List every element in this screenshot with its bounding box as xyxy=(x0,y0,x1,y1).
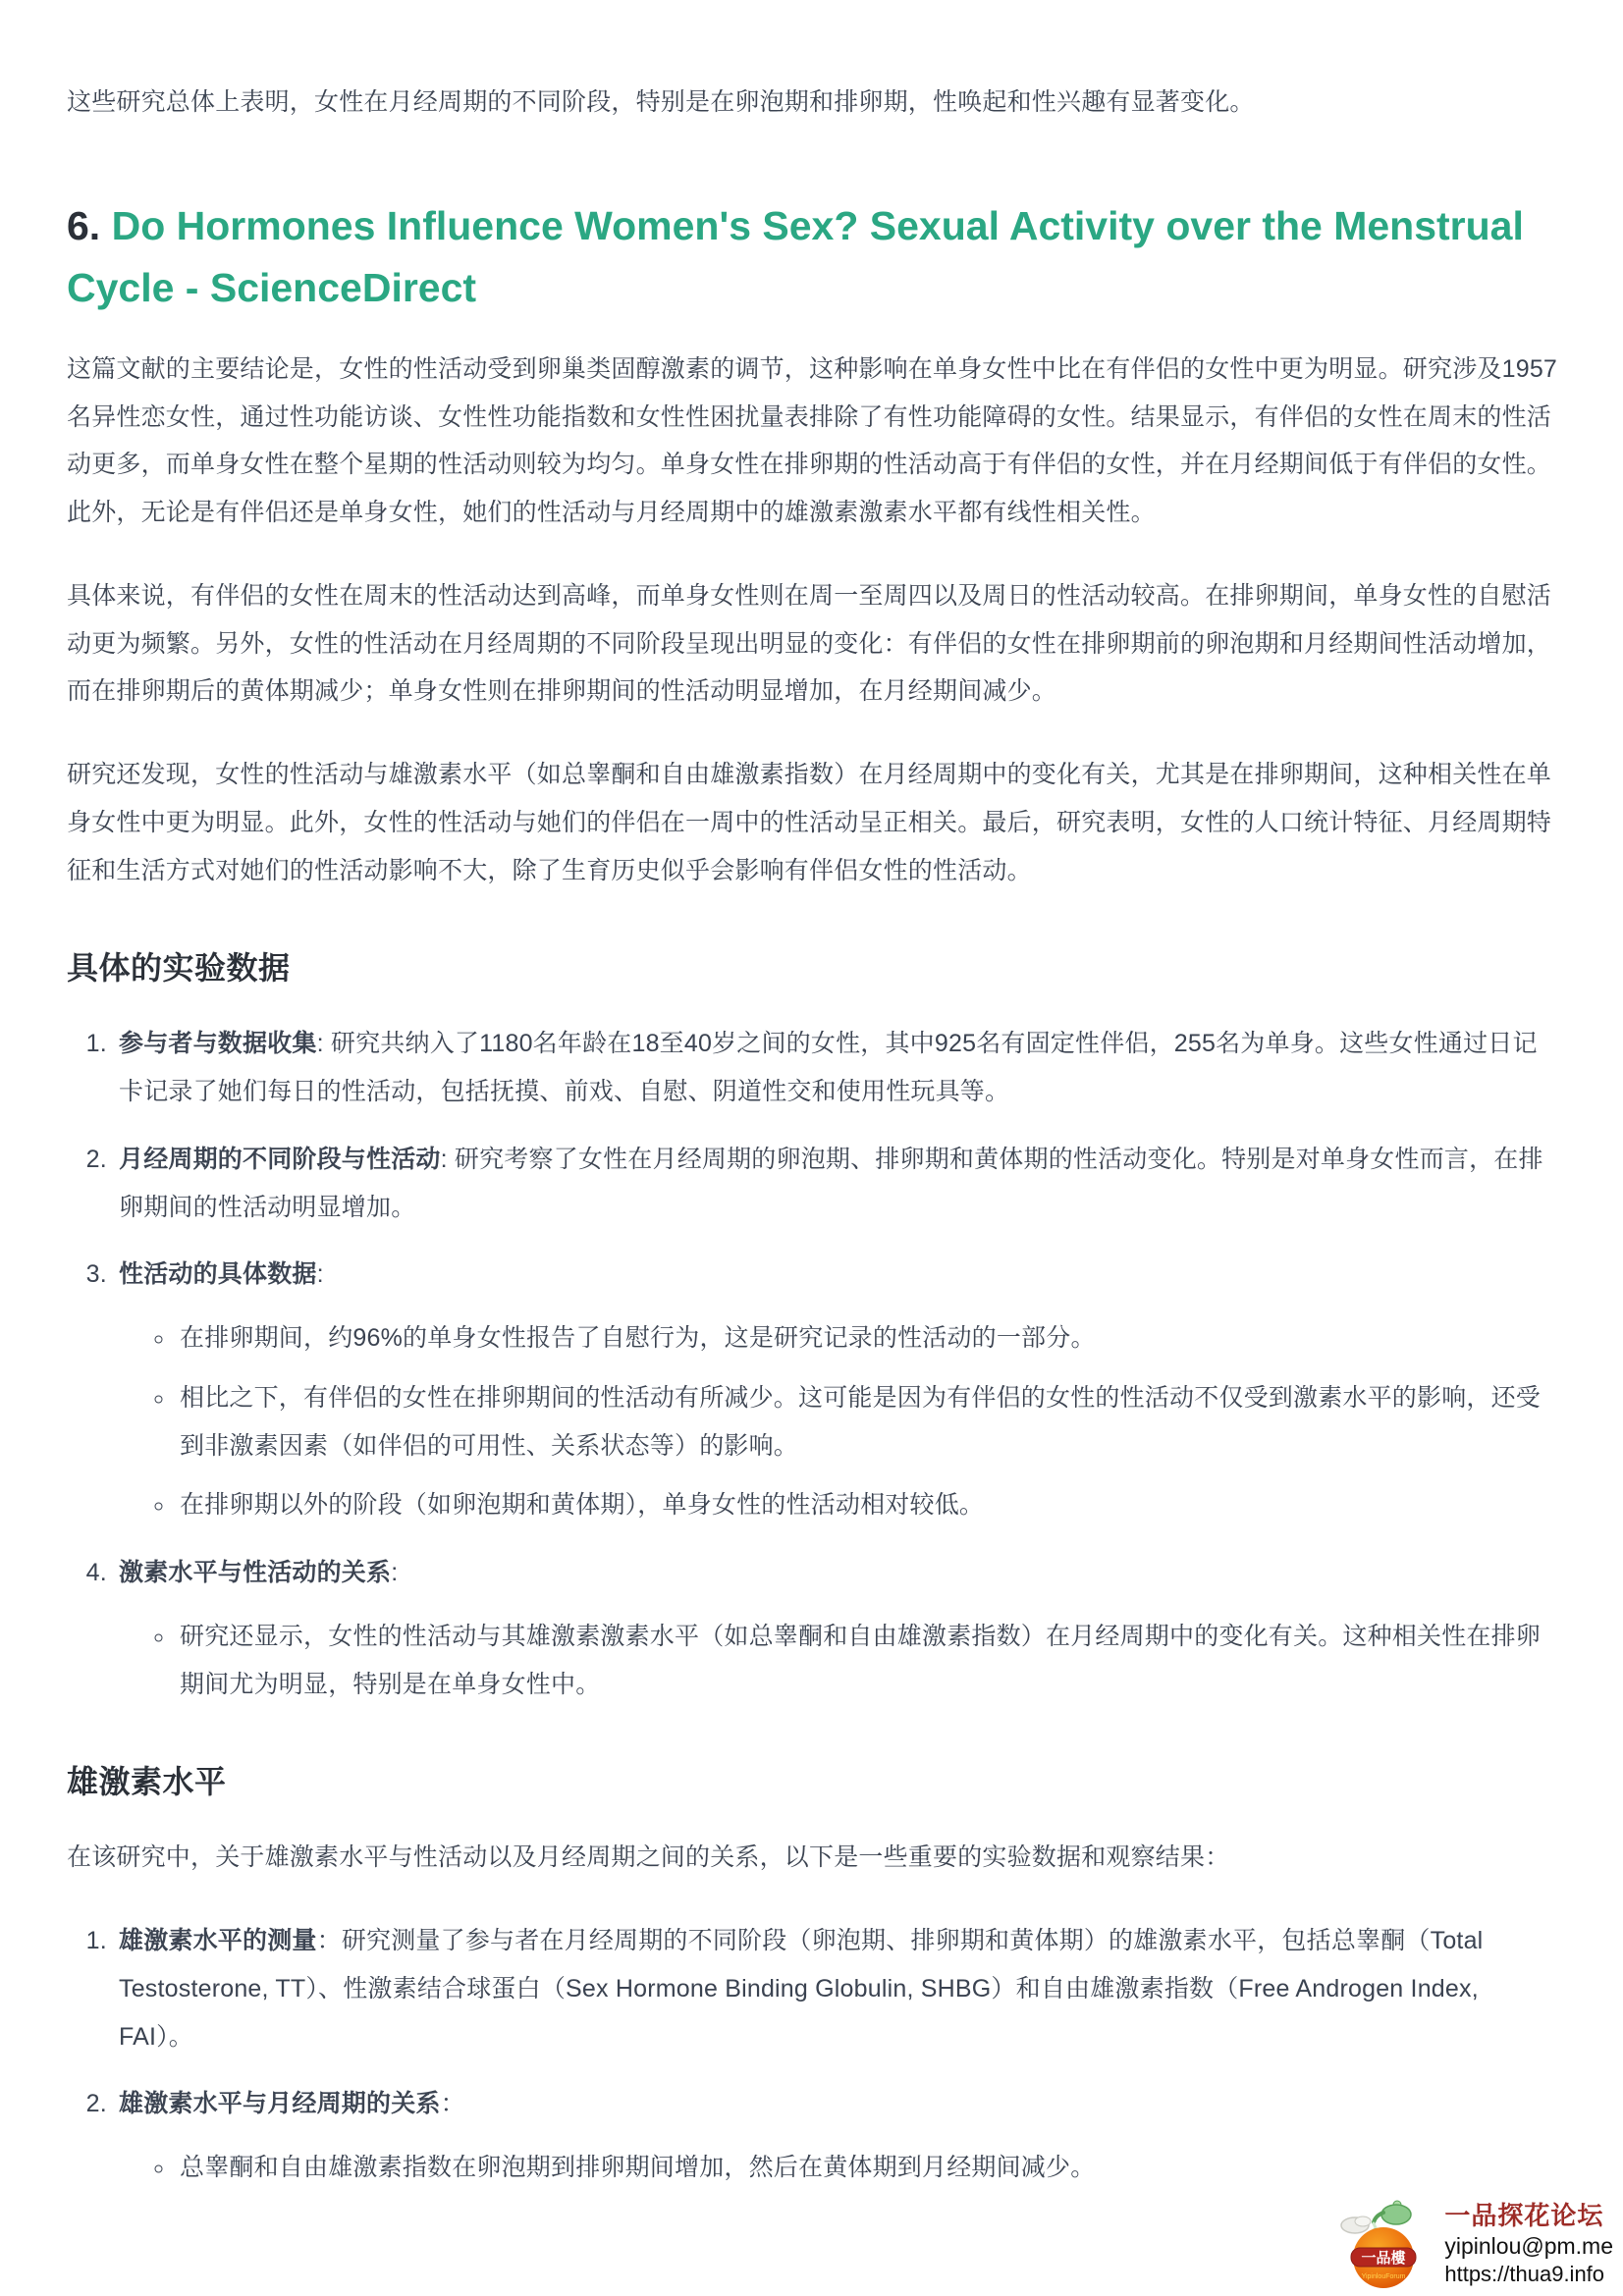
heading-number: 6. xyxy=(67,203,112,248)
yipinlou-logo-icon: 一品樓 YipinlouForum xyxy=(1336,2198,1431,2290)
list-item-text: 研究共纳入了1180名年龄在18至40岁之间的女性，其中925名有固定性伴侣，2… xyxy=(119,1030,1538,1105)
watermark-url: https://thua9.info xyxy=(1444,2261,1613,2288)
sub-list: 总睾酮和自由雄激素指数在卵泡期到排卵期间增加，然后在黄体期到月经期间减少。 xyxy=(119,2144,1558,2192)
list-item: 性活动的具体数据: 在排卵期间，约96%的单身女性报告了自慰行为，这是研究记录的… xyxy=(114,1251,1558,1529)
section-title-experiment-data: 具体的实验数据 xyxy=(67,943,1558,988)
list-item-label: 雄激素水平与月经周期的关系 xyxy=(119,2090,441,2117)
list-item: 雄激素水平的测量：研究测量了参与者在月经周期的不同阶段（卵泡期、排卵期和黄体期）… xyxy=(114,1917,1558,2060)
list-item-label: 激素水平与性活动的关系 xyxy=(119,1559,391,1586)
summary-paragraph-1: 这篇文献的主要结论是，女性的性活动受到卵巢类固醇激素的调节，这种影响在单身女性中… xyxy=(67,346,1558,537)
sub-list-item: 相比之下，有伴侣的女性在排卵期间的性活动有所减少。这可能是因为有伴侣的女性的性活… xyxy=(176,1374,1558,1470)
list-item-label: 参与者与数据收集 xyxy=(119,1030,317,1057)
intro-paragraph: 这些研究总体上表明，女性在月经周期的不同阶段，特别是在卵泡期和排卵期，性唤起和性… xyxy=(67,79,1558,127)
list-item: 激素水平与性活动的关系: 研究还显示，女性的性活动与其雄激素激素水平（如总睾酮和… xyxy=(114,1549,1558,1708)
experiment-data-list: 参与者与数据收集: 研究共纳入了1180名年龄在18至40岁之间的女性，其中92… xyxy=(67,1020,1558,1708)
list-item-separator: : xyxy=(317,1260,324,1288)
watermark-email: yipinlou@pm.me xyxy=(1444,2232,1613,2261)
summary-paragraph-3: 研究还发现，女性的性活动与雄激素水平（如总睾酮和自由雄激素指数）在月经周期中的变… xyxy=(67,751,1558,894)
androgen-lead-paragraph: 在该研究中，关于雄激素水平与性活动以及月经周期之间的关系，以下是一些重要的实验数… xyxy=(67,1834,1558,1882)
list-item: 雄激素水平与月经周期的关系： 总睾酮和自由雄激素指数在卵泡期到排卵期间增加，然后… xyxy=(114,2080,1558,2192)
list-item-separator: : xyxy=(441,1146,455,1173)
sub-list-item: 研究还显示，女性的性活动与其雄激素激素水平（如总睾酮和自由雄激素指数）在月经周期… xyxy=(176,1613,1558,1709)
list-item-separator: ： xyxy=(441,2090,465,2117)
list-item-separator: ： xyxy=(317,1927,342,1954)
logo-subtext: YipinlouForum xyxy=(1362,2273,1406,2280)
logo-text: 一品樓 xyxy=(1362,2249,1407,2267)
summary-paragraph-2: 具体来说，有伴侣的女性在周末的性活动达到高峰，而单身女性则在周一至周四以及周日的… xyxy=(67,572,1558,716)
list-item-label: 性活动的具体数据 xyxy=(119,1260,317,1288)
list-item-label: 雄激素水平的测量 xyxy=(119,1927,317,1954)
article-title-link[interactable]: Do Hormones Influence Women's Sex? Sexua… xyxy=(67,203,1524,311)
sub-list-item: 在排卵期以外的阶段（如卵泡期和黄体期），单身女性的性活动相对较低。 xyxy=(176,1481,1558,1529)
section-title-androgen-level: 雄激素水平 xyxy=(67,1757,1558,1802)
list-item-separator: : xyxy=(391,1559,398,1586)
article-heading: 6. Do Hormones Influence Women's Sex? Se… xyxy=(67,195,1558,320)
sub-list-item: 在排卵期间，约96%的单身女性报告了自慰行为，这是研究记录的性活动的一部分。 xyxy=(176,1314,1558,1362)
list-item-label: 月经周期的不同阶段与性活动 xyxy=(119,1146,441,1173)
list-item: 月经周期的不同阶段与性活动: 研究考察了女性在月经周期的卵泡期、排卵期和黄体期的… xyxy=(114,1136,1558,1232)
sub-list: 在排卵期间，约96%的单身女性报告了自慰行为，这是研究记录的性活动的一部分。 相… xyxy=(119,1314,1558,1529)
watermark-text-block: 一品探花论坛 yipinlou@pm.me https://thua9.info xyxy=(1444,2200,1613,2289)
document-page: 这些研究总体上表明，女性在月经周期的不同阶段，特别是在卵泡期和排卵期，性唤起和性… xyxy=(0,0,1623,2257)
forum-watermark: 一品樓 YipinlouForum 一品探花论坛 yipinlou@pm.me … xyxy=(1336,2198,1613,2290)
sub-list: 研究还显示，女性的性活动与其雄激素激素水平（如总睾酮和自由雄激素指数）在月经周期… xyxy=(119,1613,1558,1709)
androgen-data-list: 雄激素水平的测量：研究测量了参与者在月经周期的不同阶段（卵泡期、排卵期和黄体期）… xyxy=(67,1917,1558,2192)
list-item-separator: : xyxy=(317,1030,331,1057)
sub-list-item: 总睾酮和自由雄激素指数在卵泡期到排卵期间增加，然后在黄体期到月经期间减少。 xyxy=(176,2144,1558,2192)
watermark-forum-name: 一品探花论坛 xyxy=(1444,2200,1613,2232)
list-item: 参与者与数据收集: 研究共纳入了1180名年龄在18至40岁之间的女性，其中92… xyxy=(114,1020,1558,1116)
